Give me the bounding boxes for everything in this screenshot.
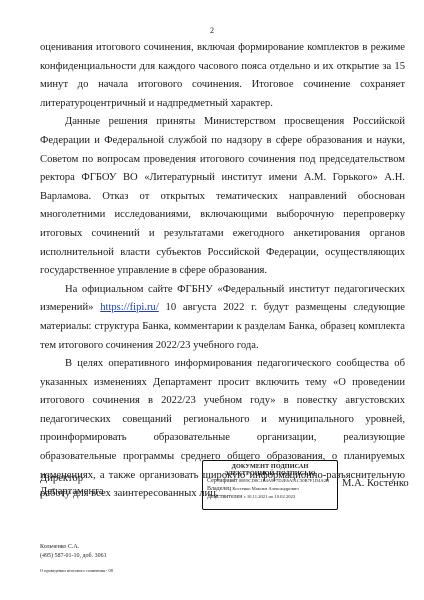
- electronic-signature-stamp: ДОКУМЕНТ ПОДПИСАН ЭЛЕКТРОННОЙ ПОДПИСЬЮ С…: [202, 460, 338, 510]
- signer-name: М.А. Костенко: [342, 478, 409, 489]
- stamp-owner-label: Владелец: [207, 486, 231, 492]
- stamp-owner: Владелец Костенко Максим Александрович: [207, 485, 333, 493]
- stamp-validity: Действителен с 10.11.2021 по 10.02.2023: [207, 493, 333, 501]
- paragraph-evaluation: оценивания итогового сочинения, включая …: [40, 39, 405, 113]
- stamp-certificate-value: 00E9CD8C1B4A9F7D2E6A51C30B7F1D4A2B: [239, 478, 329, 483]
- stamp-certificate-label: Сертификат: [207, 478, 238, 484]
- stamp-validity-value: с 10.11.2021 по 10.02.2023: [244, 494, 295, 499]
- executor-phone: (495) 587-01-10, доб. 3061: [40, 552, 107, 561]
- executor-name: Кольченко С.А.: [40, 543, 107, 552]
- signer-title: Директор Департамента: [40, 472, 104, 498]
- paragraph-fipi: На официальном сайте ФГБНУ «Федеральный …: [40, 281, 405, 355]
- fipi-link[interactable]: https://fipi.ru/: [100, 302, 159, 313]
- stamp-heading-line1: ДОКУМЕНТ ПОДПИСАН: [207, 463, 333, 470]
- letter-body: оценивания итогового сочинения, включая …: [40, 39, 405, 504]
- footer-note: О проведении итогового сочинения - 08: [40, 568, 113, 573]
- stamp-owner-value: Костенко Максим Александрович: [232, 486, 298, 491]
- signer-title-line2: Департамента: [40, 485, 104, 498]
- signer-title-line1: Директор: [40, 472, 104, 485]
- page-number: 2: [0, 26, 424, 35]
- stamp-certificate: Сертификат 00E9CD8C1B4A9F7D2E6A51C30B7F1…: [207, 477, 333, 485]
- paragraph-decisions: Данные решения приняты Министерством про…: [40, 113, 405, 280]
- stamp-heading-line2: ЭЛЕКТРОННОЙ ПОДПИСЬЮ: [207, 470, 333, 477]
- stamp-validity-label: Действителен: [207, 494, 243, 500]
- executor-contact: Кольченко С.А. (495) 587-01-10, доб. 306…: [40, 543, 107, 560]
